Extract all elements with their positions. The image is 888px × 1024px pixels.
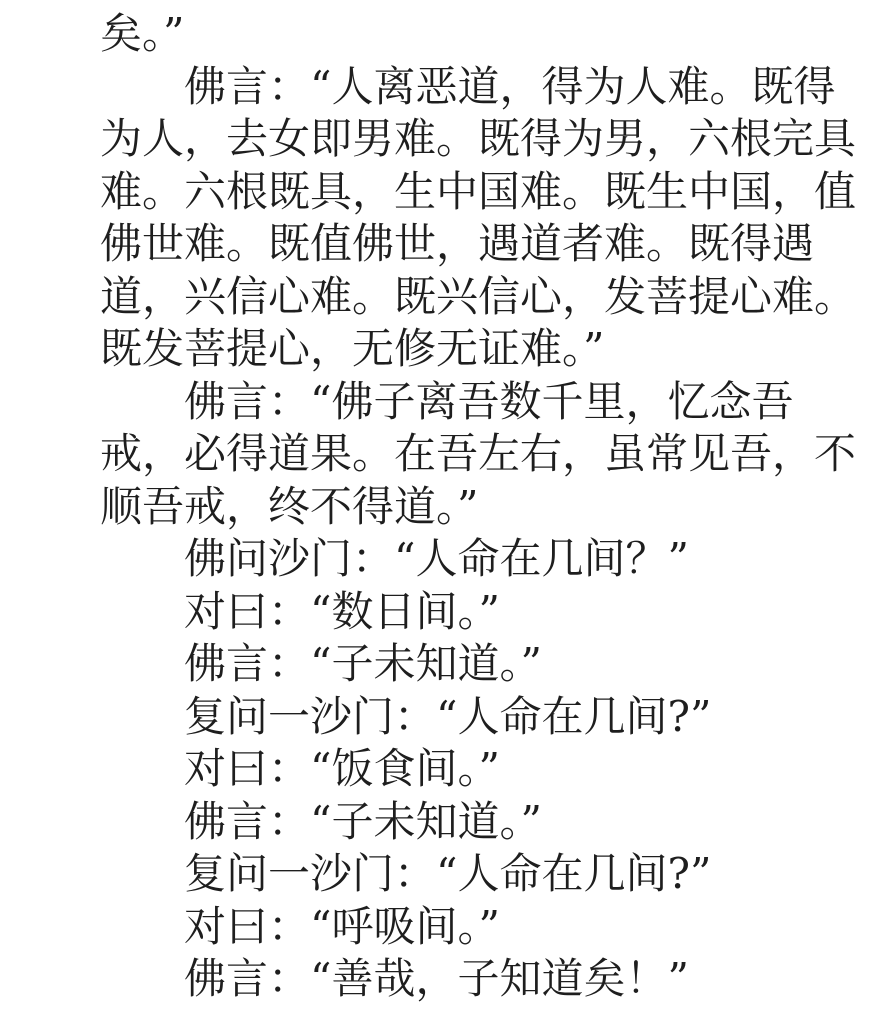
document-page: 矣。”佛言：“人离恶道，得为人难。既得为人，去女即男难。既得为男，六根完具难。六…: [0, 0, 888, 1024]
text-paragraph: 佛言：“佛子离吾数千里，忆念吾戒，必得道果。在吾左右，虽常见吾，不顺吾戒，终不得…: [100, 376, 858, 534]
text-paragraph: 佛问沙门：“人命在几间？”: [100, 533, 858, 586]
text-paragraph: 矣。”: [100, 8, 858, 61]
text-paragraph: 佛言：“子未知道。”: [100, 638, 858, 691]
scripture-text-block: 矣。”佛言：“人离恶道，得为人难。既得为人，去女即男难。既得为男，六根完具难。六…: [100, 8, 858, 1006]
text-paragraph: 对曰：“呼吸间。”: [100, 901, 858, 954]
text-paragraph: 对曰：“饭食间。”: [100, 743, 858, 796]
text-paragraph: 佛言：“人离恶道，得为人难。既得为人，去女即男难。既得为男，六根完具难。六根既具…: [100, 61, 858, 376]
text-paragraph: 对曰：“数日间。”: [100, 586, 858, 639]
text-paragraph: 佛言：“善哉，子知道矣！”: [100, 953, 858, 1006]
text-paragraph: 佛言：“子未知道。”: [100, 796, 858, 849]
text-paragraph: 复问一沙门：“人命在几间?”: [100, 691, 858, 744]
text-paragraph: 复问一沙门：“人命在几间?”: [100, 848, 858, 901]
